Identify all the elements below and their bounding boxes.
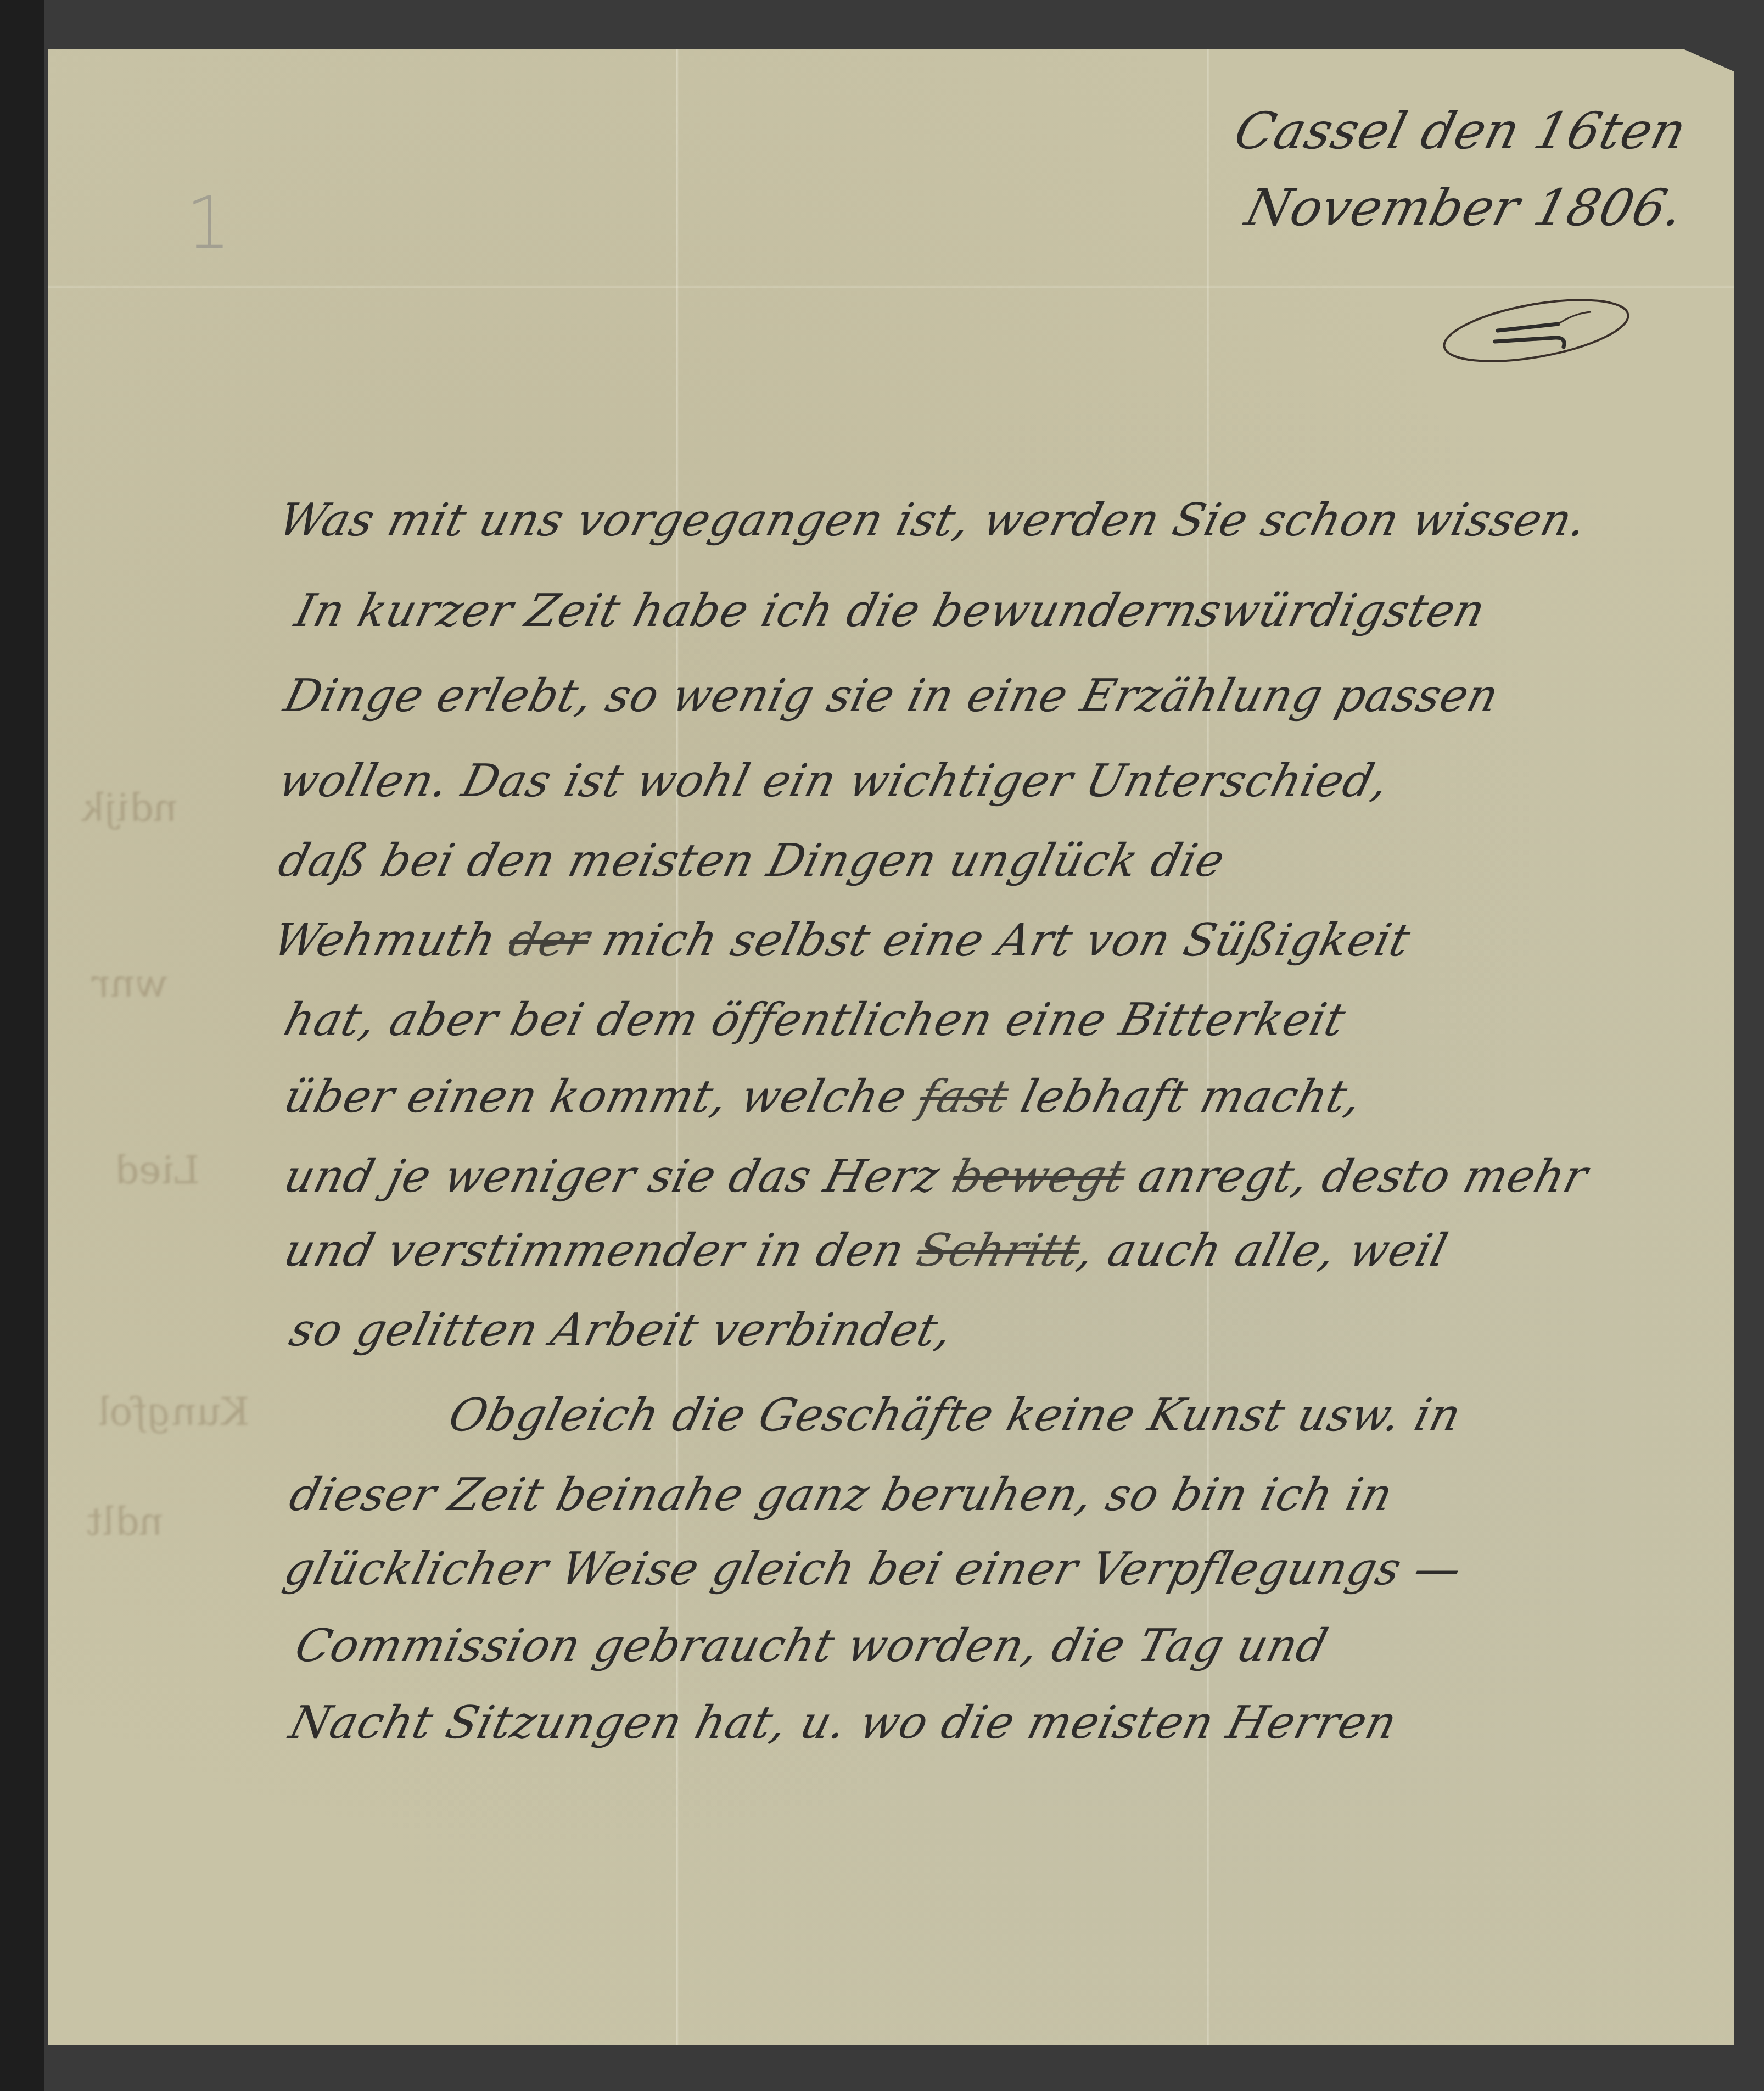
body-line: dieser Zeit beinahe ganz beruhen, so bin… xyxy=(284,1469,1398,1521)
body-line: und je weniger sie das Herz bewegt anreg… xyxy=(279,1150,1593,1203)
bleed-through-text: Kungfol xyxy=(94,1389,254,1434)
line-text: und je weniger sie das Herz xyxy=(279,1150,960,1203)
letter-page: 1 ndijk wnr Lied Kungfol ndlt Cassel den… xyxy=(48,49,1734,2045)
bleed-through-text: ndlt xyxy=(83,1499,168,1544)
bleed-through-text: wnr xyxy=(88,961,172,1006)
place-date-line-1: Cassel den 16ten xyxy=(1229,102,1693,160)
body-line: daß bei den meisten Dingen unglück die xyxy=(273,835,1230,887)
body-line: Dinge erlebt, so wenig sie in eine Erzäh… xyxy=(279,670,1504,722)
body-line: Was mit uns vorgegangen ist, werden Sie … xyxy=(273,494,1593,546)
line-text: lebhaft macht, xyxy=(1001,1071,1367,1123)
line-text: anregt, desto mehr xyxy=(1118,1150,1593,1203)
body-line: so gelitten Arbeit verbindet, xyxy=(284,1304,958,1356)
line-text: und verstimmender in den xyxy=(279,1225,925,1277)
struck-word: der xyxy=(503,914,595,966)
body-line: Wehmuth der mich selbst eine Art von Süß… xyxy=(268,914,1416,966)
body-line: In kurzer Zeit habe ich die bewundernswü… xyxy=(290,585,1491,637)
bleed-through-text: Lied xyxy=(110,1148,204,1193)
body-line: Nacht Sitzungen hat, u. wo die meisten H… xyxy=(284,1697,1403,1749)
line-text: mich selbst eine Art von Süßigkeit xyxy=(583,914,1416,966)
bleed-through-text: ndijk xyxy=(77,785,182,830)
line-text: , auch alle, weil xyxy=(1073,1225,1453,1277)
body-line: über einen kommt, welche fast lebhaft ma… xyxy=(279,1071,1368,1123)
line-text: über einen kommt, welche xyxy=(279,1071,927,1123)
body-line: und verstimmender in den Schritt, auch a… xyxy=(279,1225,1453,1277)
binding-spine xyxy=(0,0,44,2091)
body-line: wollen. Das ist wohl ein wichtiger Unter… xyxy=(273,755,1395,807)
folio-number: 1 xyxy=(186,181,231,265)
place-date-line-2: November 1806. xyxy=(1240,178,1690,237)
line-text: Wehmuth xyxy=(268,914,517,966)
body-line: Obgleich die Geschäfte keine Kunst usw. … xyxy=(444,1389,1466,1441)
struck-word: fast xyxy=(914,1071,1014,1123)
struck-word: Schritt xyxy=(912,1225,1086,1277)
struck-word: bewegt xyxy=(947,1150,1131,1203)
body-line: hat, aber bei dem öffentlichen eine Bitt… xyxy=(279,994,1351,1046)
signature-flourish-icon xyxy=(1437,297,1635,365)
body-line: Commission gebraucht worden, die Tag und xyxy=(290,1620,1333,1672)
body-line: glücklicher Weise gleich bei einer Verpf… xyxy=(279,1543,1468,1595)
